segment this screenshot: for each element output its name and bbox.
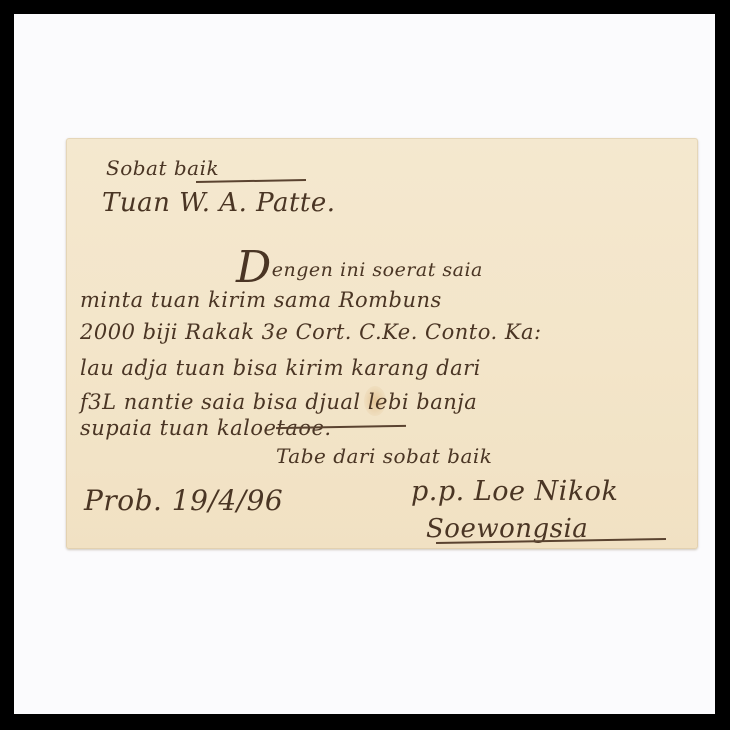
opening-line: Dengen ini soerat saia bbox=[236, 242, 483, 293]
body-line-3: lau adja tuan bisa kirim karang dari bbox=[80, 356, 481, 380]
photo-background: Sobat baik Tuan W. A. Patte. Dengen ini … bbox=[14, 14, 715, 714]
salutation: Sobat baik bbox=[106, 156, 219, 180]
place-date: Prob. 19/4/96 bbox=[84, 484, 283, 517]
body-line-1: minta tuan kirim sama Rombuns bbox=[80, 288, 442, 312]
body-line-4: f3L nantie saia bisa djual lebi banja bbox=[80, 390, 477, 414]
postcard: Sobat baik Tuan W. A. Patte. Dengen ini … bbox=[66, 138, 698, 549]
body-line-2: 2000 biji Rakak 3e Cort. C.Ke. Conto. Ka… bbox=[80, 320, 542, 344]
addressee: Tuan W. A. Patte. bbox=[102, 188, 336, 218]
closing-greeting: Tabe dari sobat baik bbox=[276, 444, 492, 468]
signature-line-1: p.p. Loe Nikok bbox=[411, 476, 618, 507]
opening-text: engen ini soerat saia bbox=[272, 259, 483, 281]
decorative-initial: D bbox=[236, 242, 272, 293]
